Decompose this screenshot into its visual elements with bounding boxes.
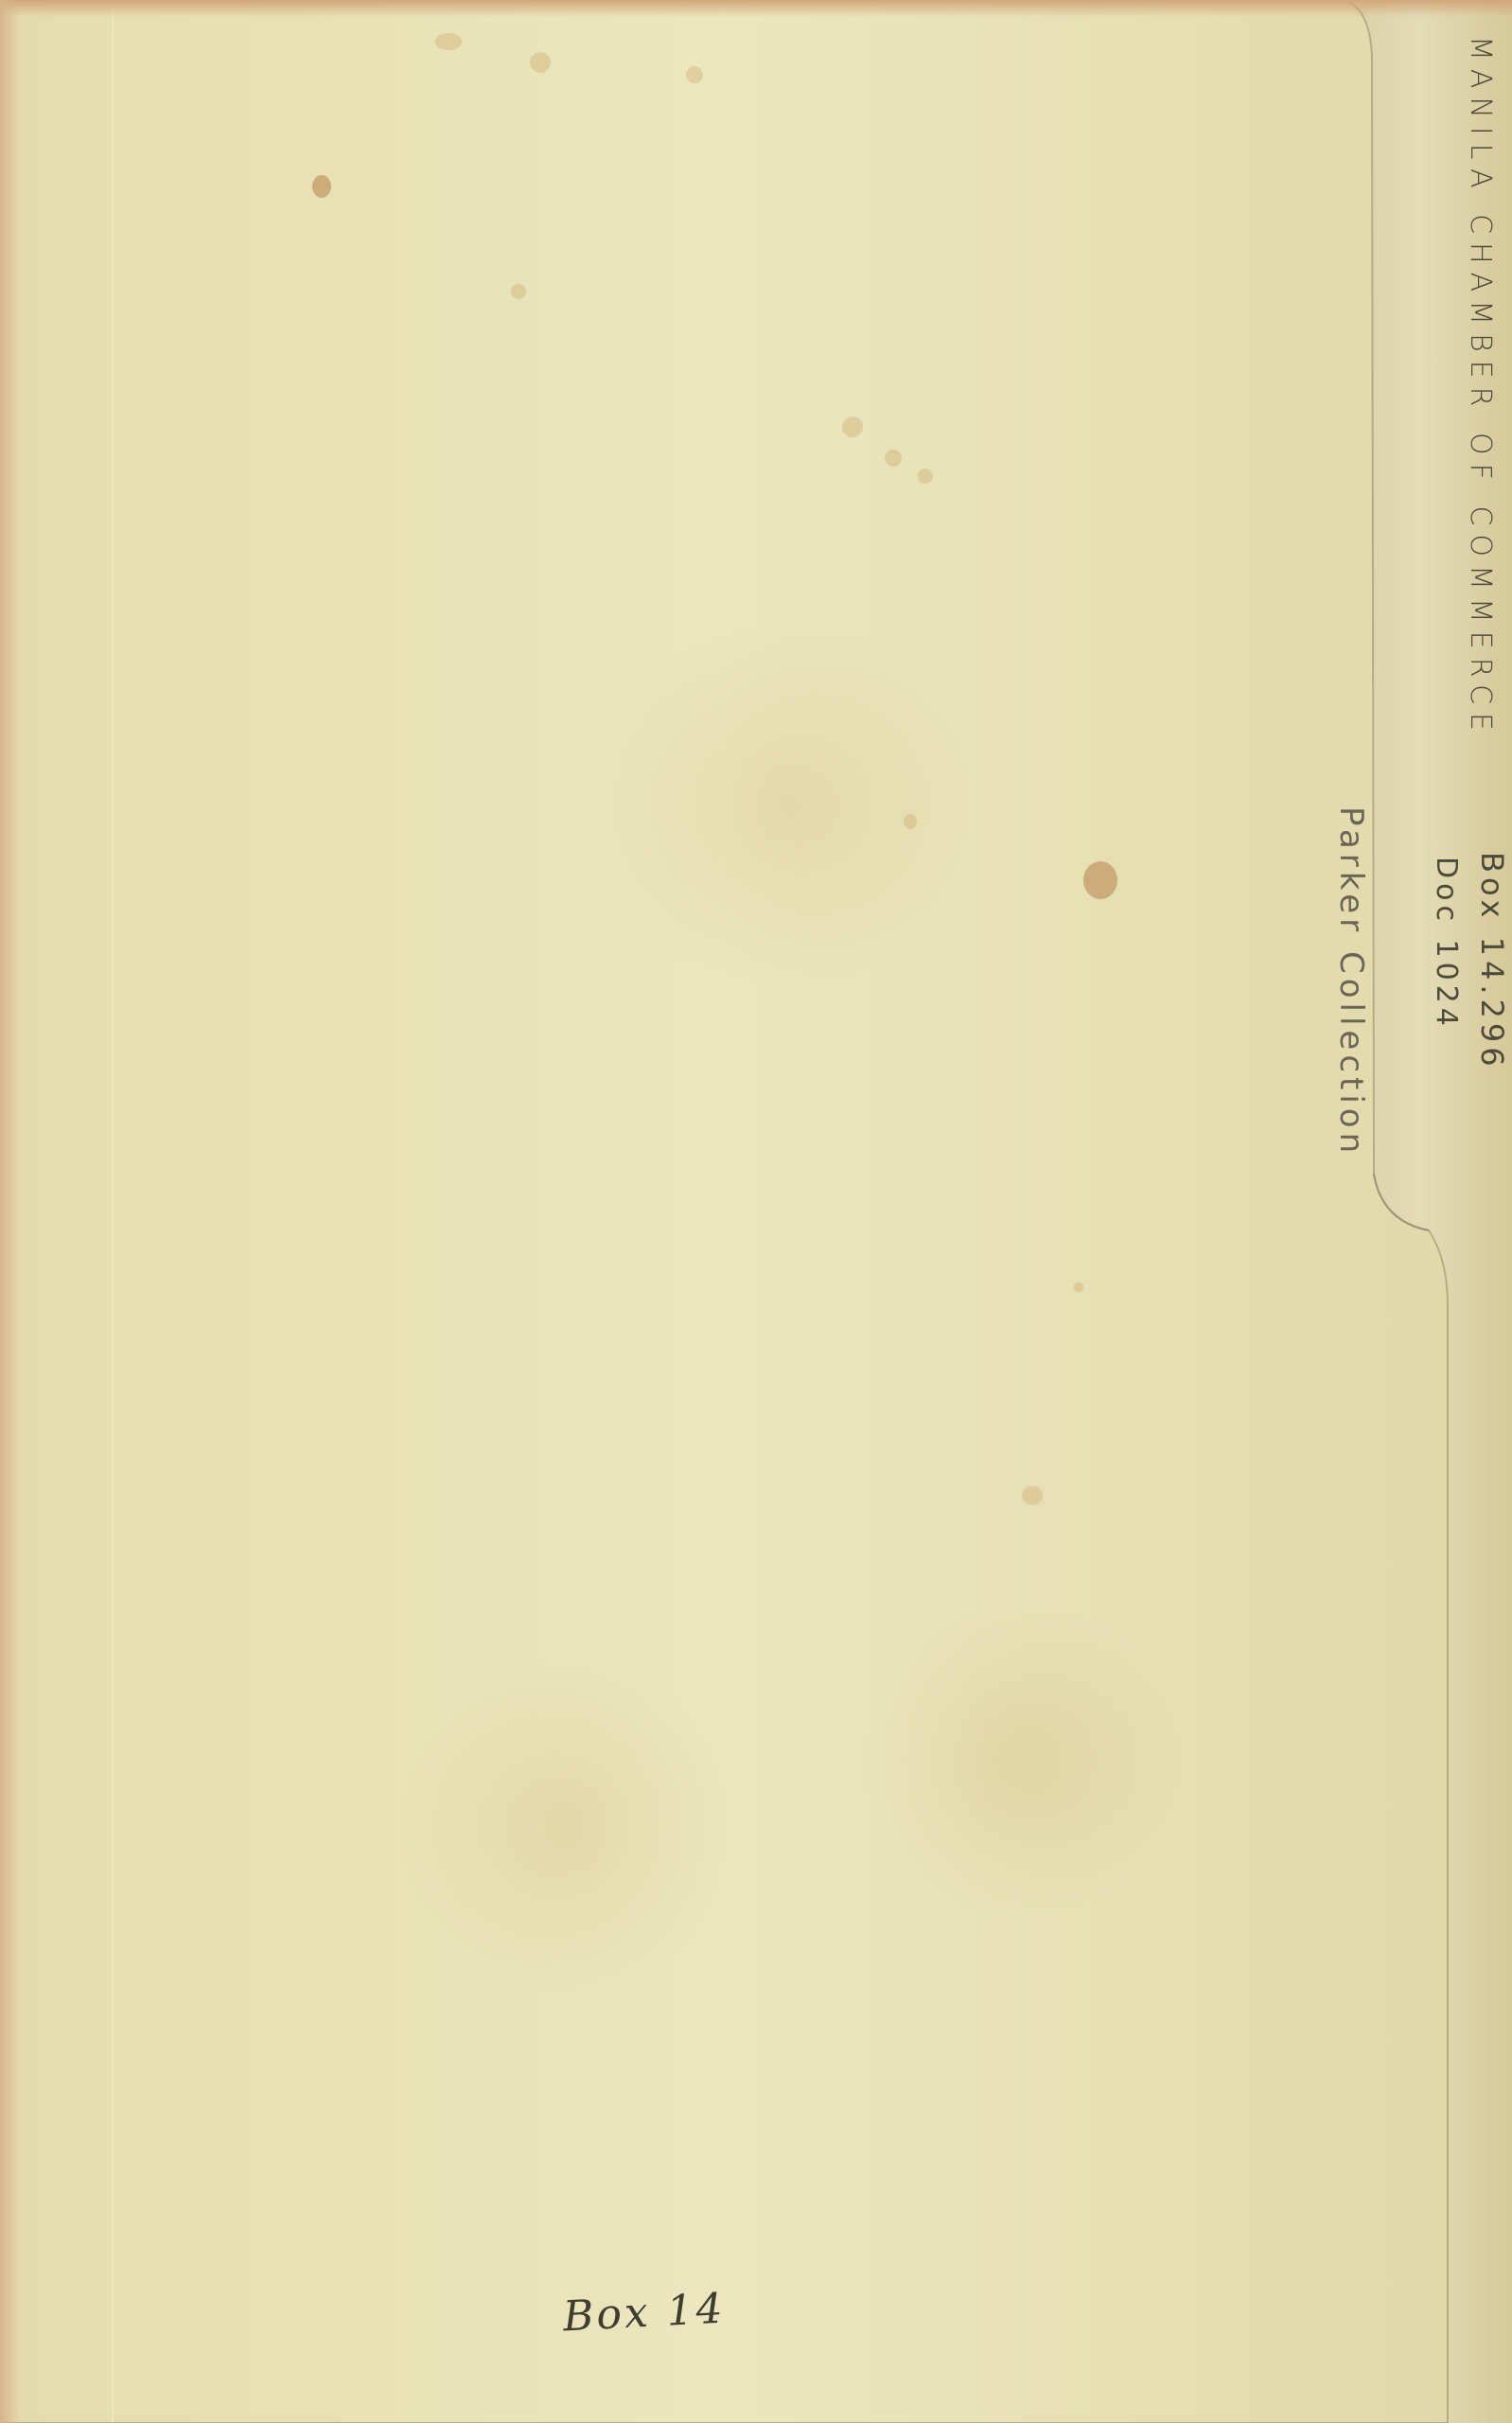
folder-tab-shape [0,0,1512,2423]
scan-edge-left [0,0,21,2423]
folder-front-cover [0,0,1512,2423]
box-reference-text: Box 14.296 [1474,852,1510,1071]
fold-line [112,0,114,2423]
water-stain [587,625,984,984]
tab-label-text: MANILA CHAMBER OF COMMERCE [1464,36,1497,739]
foxing-stain [435,33,462,50]
foxing-stain [312,175,331,198]
scan-edge-top [0,0,1512,17]
foxing-stain [511,284,526,299]
foxing-stain [1074,1282,1083,1292]
foxing-stain [686,66,703,83]
foxing-stain [885,450,902,467]
foxing-stain [1022,1486,1043,1505]
bottom-box-note: Box 14 [562,2285,727,2342]
foxing-stain [918,469,933,484]
collection-text: Parker Collection [1332,806,1370,1158]
doc-reference-text: Doc 1024 [1430,857,1463,1031]
foxing-stain [842,416,863,437]
foxing-stain [530,52,551,73]
water-stain [397,1656,738,1997]
foxing-stain [1083,861,1117,899]
scanned-folder: MANILA CHAMBER OF COMMERCE Box 14.296 Do… [0,0,1512,2423]
water-stain [852,1609,1192,1912]
